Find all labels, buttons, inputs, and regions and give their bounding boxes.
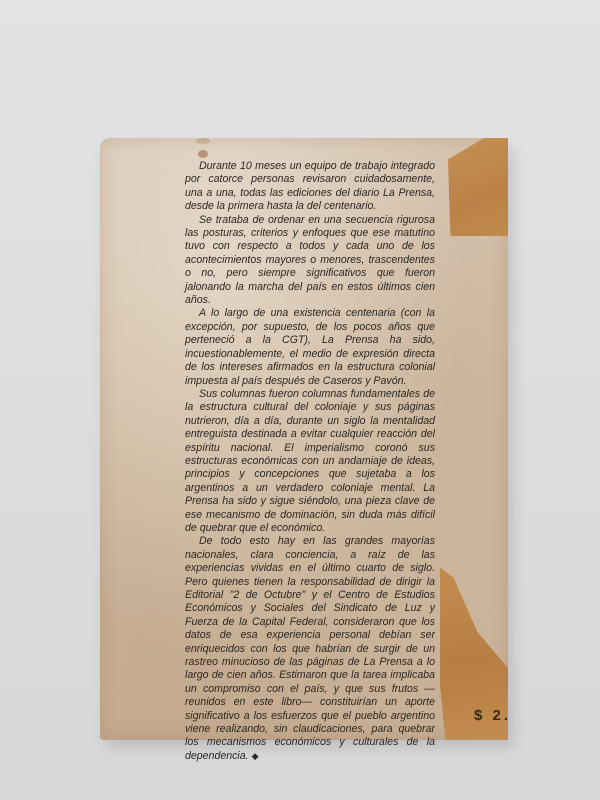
- diamond-icon: ◆: [252, 751, 259, 761]
- paragraph: Sus columnas fueron columnas fundamental…: [185, 388, 435, 535]
- paragraph-text: De todo esto hay en las grandes mayorías…: [185, 535, 435, 762]
- paragraph: De todo esto hay en las grandes mayorías…: [185, 535, 435, 763]
- paragraph: Se trataba de ordenar en una secuencia r…: [185, 214, 435, 308]
- paragraph: Durante 10 meses un equipo de trabajo in…: [185, 160, 435, 214]
- price-label: $ 2.: [474, 707, 511, 724]
- stain: [198, 150, 208, 158]
- stain: [196, 138, 210, 144]
- blurb-text: Durante 10 meses un equipo de trabajo in…: [185, 160, 435, 763]
- paragraph: A lo largo de una existencia centenaria …: [185, 307, 435, 387]
